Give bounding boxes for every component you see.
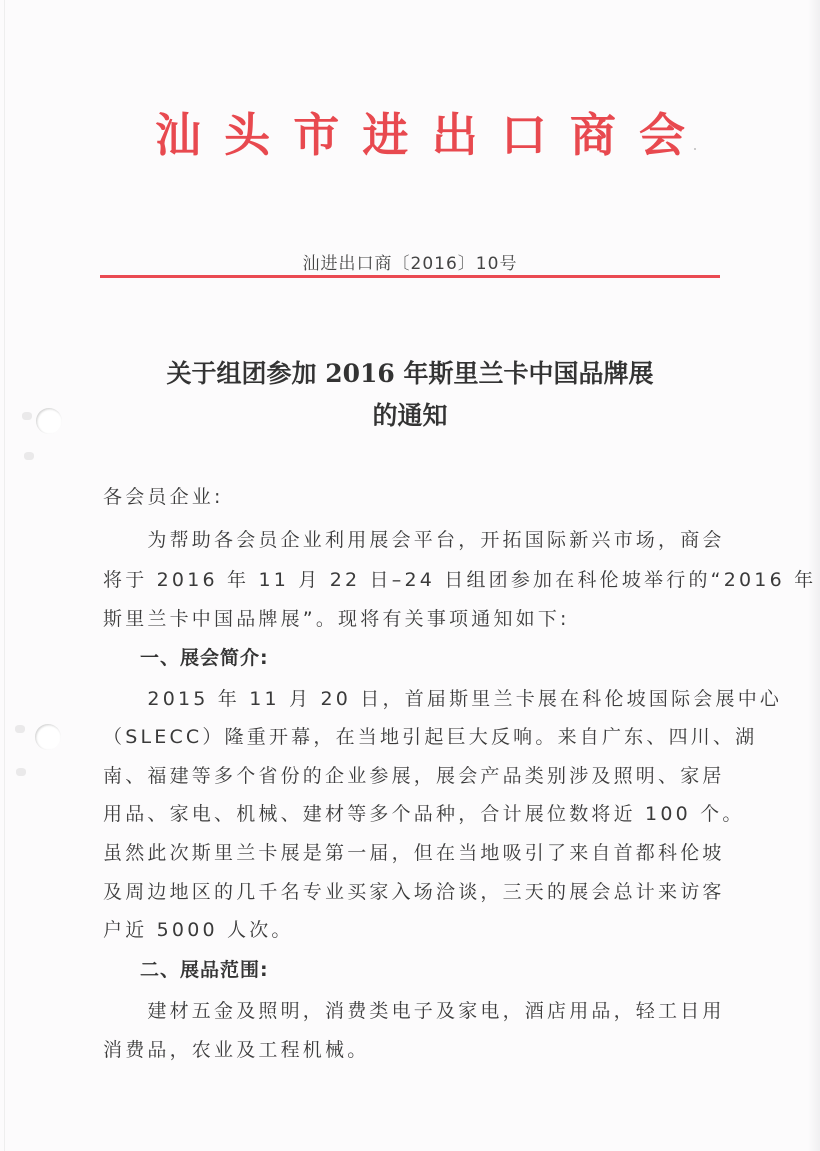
body-line: 虽然此次斯里兰卡展是第一届，但在当地吸引了来自首都科伦坡 [103, 838, 723, 865]
scanned-page: 汕 头 市 进 出 口 商 会 汕进出口商〔2016〕10号 关于组团参加 20… [0, 0, 820, 1151]
salutation: 各会员企业: [103, 482, 723, 509]
masthead-char: 商 [565, 100, 621, 170]
punch-hole [35, 724, 61, 750]
body-line: 户近 5000 人次。 [103, 915, 723, 942]
page-edge-left [4, 0, 5, 1151]
masthead-char: 市 [288, 100, 344, 170]
organization-masthead: 汕 头 市 进 出 口 商 会 [150, 100, 690, 170]
body-line: 建材五金及照明，消费类电子及家电，酒店用品，轻工日用 [103, 996, 723, 1023]
document-number: 汕进出口商〔2016〕10号 [0, 249, 820, 274]
body-line: 消费品，农业及工程机械。 [103, 1035, 723, 1062]
masthead-char: 口 [496, 100, 552, 170]
masthead-char: 进 [357, 100, 413, 170]
body-line: 2015 年 11 月 20 日，首届斯里兰卡展在科伦坡国际会展中心 [103, 684, 723, 711]
section-heading-1: 一、展会简介: [140, 643, 760, 670]
body-line: 斯里兰卡中国品牌展”。现将有关事项通知如下: [103, 604, 723, 631]
scan-speck [694, 148, 696, 150]
body-line: （SLECC）隆重开幕，在当地引起巨大反响。来自广东、四川、湖 [103, 722, 723, 749]
masthead-char: 汕 [150, 100, 206, 170]
binding-mark [24, 452, 34, 460]
document-title-line-1: 关于组团参加 2016 年斯里兰卡中国品牌展 [0, 354, 820, 390]
body-line: 及周边地区的几千名专业买家入场洽谈，三天的展会总计来访客 [103, 877, 723, 904]
punch-hole [36, 408, 62, 434]
masthead-char: 会 [634, 100, 690, 170]
masthead-char: 出 [427, 100, 483, 170]
body-line: 将于 2016 年 11 月 22 日–24 日组团参加在科伦坡举行的“2016… [103, 565, 723, 592]
binding-mark [16, 768, 26, 776]
body-line: 南、福建等多个省份的企业参展，展会产品类别涉及照明、家居 [103, 761, 723, 788]
document-title-line-2: 的通知 [0, 396, 820, 432]
red-divider-rule [100, 275, 720, 278]
binding-mark [22, 412, 32, 420]
section-heading-2: 二、展品范围: [140, 955, 760, 982]
masthead-char: 头 [219, 100, 275, 170]
body-line: 为帮助各会员企业利用展会平台，开拓国际新兴市场，商会 [103, 525, 723, 552]
body-line: 用品、家电、机械、建材等多个品种，合计展位数将近 100 个。 [103, 799, 723, 826]
binding-mark [15, 725, 25, 733]
